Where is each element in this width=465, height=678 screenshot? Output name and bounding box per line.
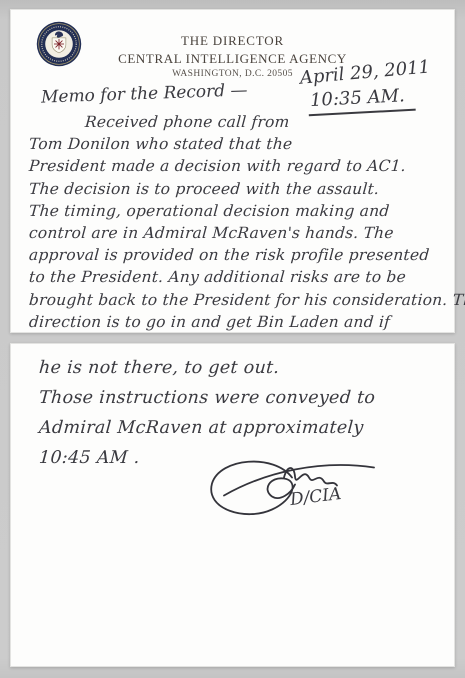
memo-line: direction is to go in and get Bin Laden … (28, 311, 451, 333)
memo-line: President made a decision with regard to… (28, 155, 451, 177)
memo-page-1: THE DIRECTOR CENTRAL INTELLIGENCE AGENCY… (10, 9, 455, 333)
memo-line: Received phone call from (28, 111, 451, 133)
memo-heading: Memo for the Record — (41, 80, 248, 107)
memo-line: control are in Admiral McRaven's hands. … (28, 222, 451, 244)
letterhead-title: THE DIRECTOR (11, 33, 454, 49)
memo-line: brought back to the President for his co… (28, 289, 451, 311)
memo-line: The decision is to proceed with the assa… (28, 178, 451, 200)
memo-line: approval is provided on the risk profile… (28, 244, 451, 266)
memo-line: Admiral McRaven at approximately (38, 413, 445, 443)
memo-page-2: he is not there, to get out. Those instr… (10, 343, 455, 667)
signature-block: D/CIA (196, 441, 391, 531)
memo-body-page-1: Received phone call from Tom Donilon who… (29, 111, 450, 333)
date-time-block: April 29, 2011 10:35 AM. (299, 56, 433, 118)
memo-line: he is not there, to get out. (38, 353, 445, 383)
memo-line: to the President. Any additional risks a… (28, 266, 451, 288)
memo-line: The timing, operational decision making … (28, 200, 451, 222)
memo-line: Those instructions were conveyed to (38, 383, 445, 413)
panetta-signature-icon (196, 441, 391, 531)
memo-line: Tom Donilon who stated that the (28, 133, 451, 155)
scanned-memo: THE DIRECTOR CENTRAL INTELLIGENCE AGENCY… (0, 0, 465, 678)
